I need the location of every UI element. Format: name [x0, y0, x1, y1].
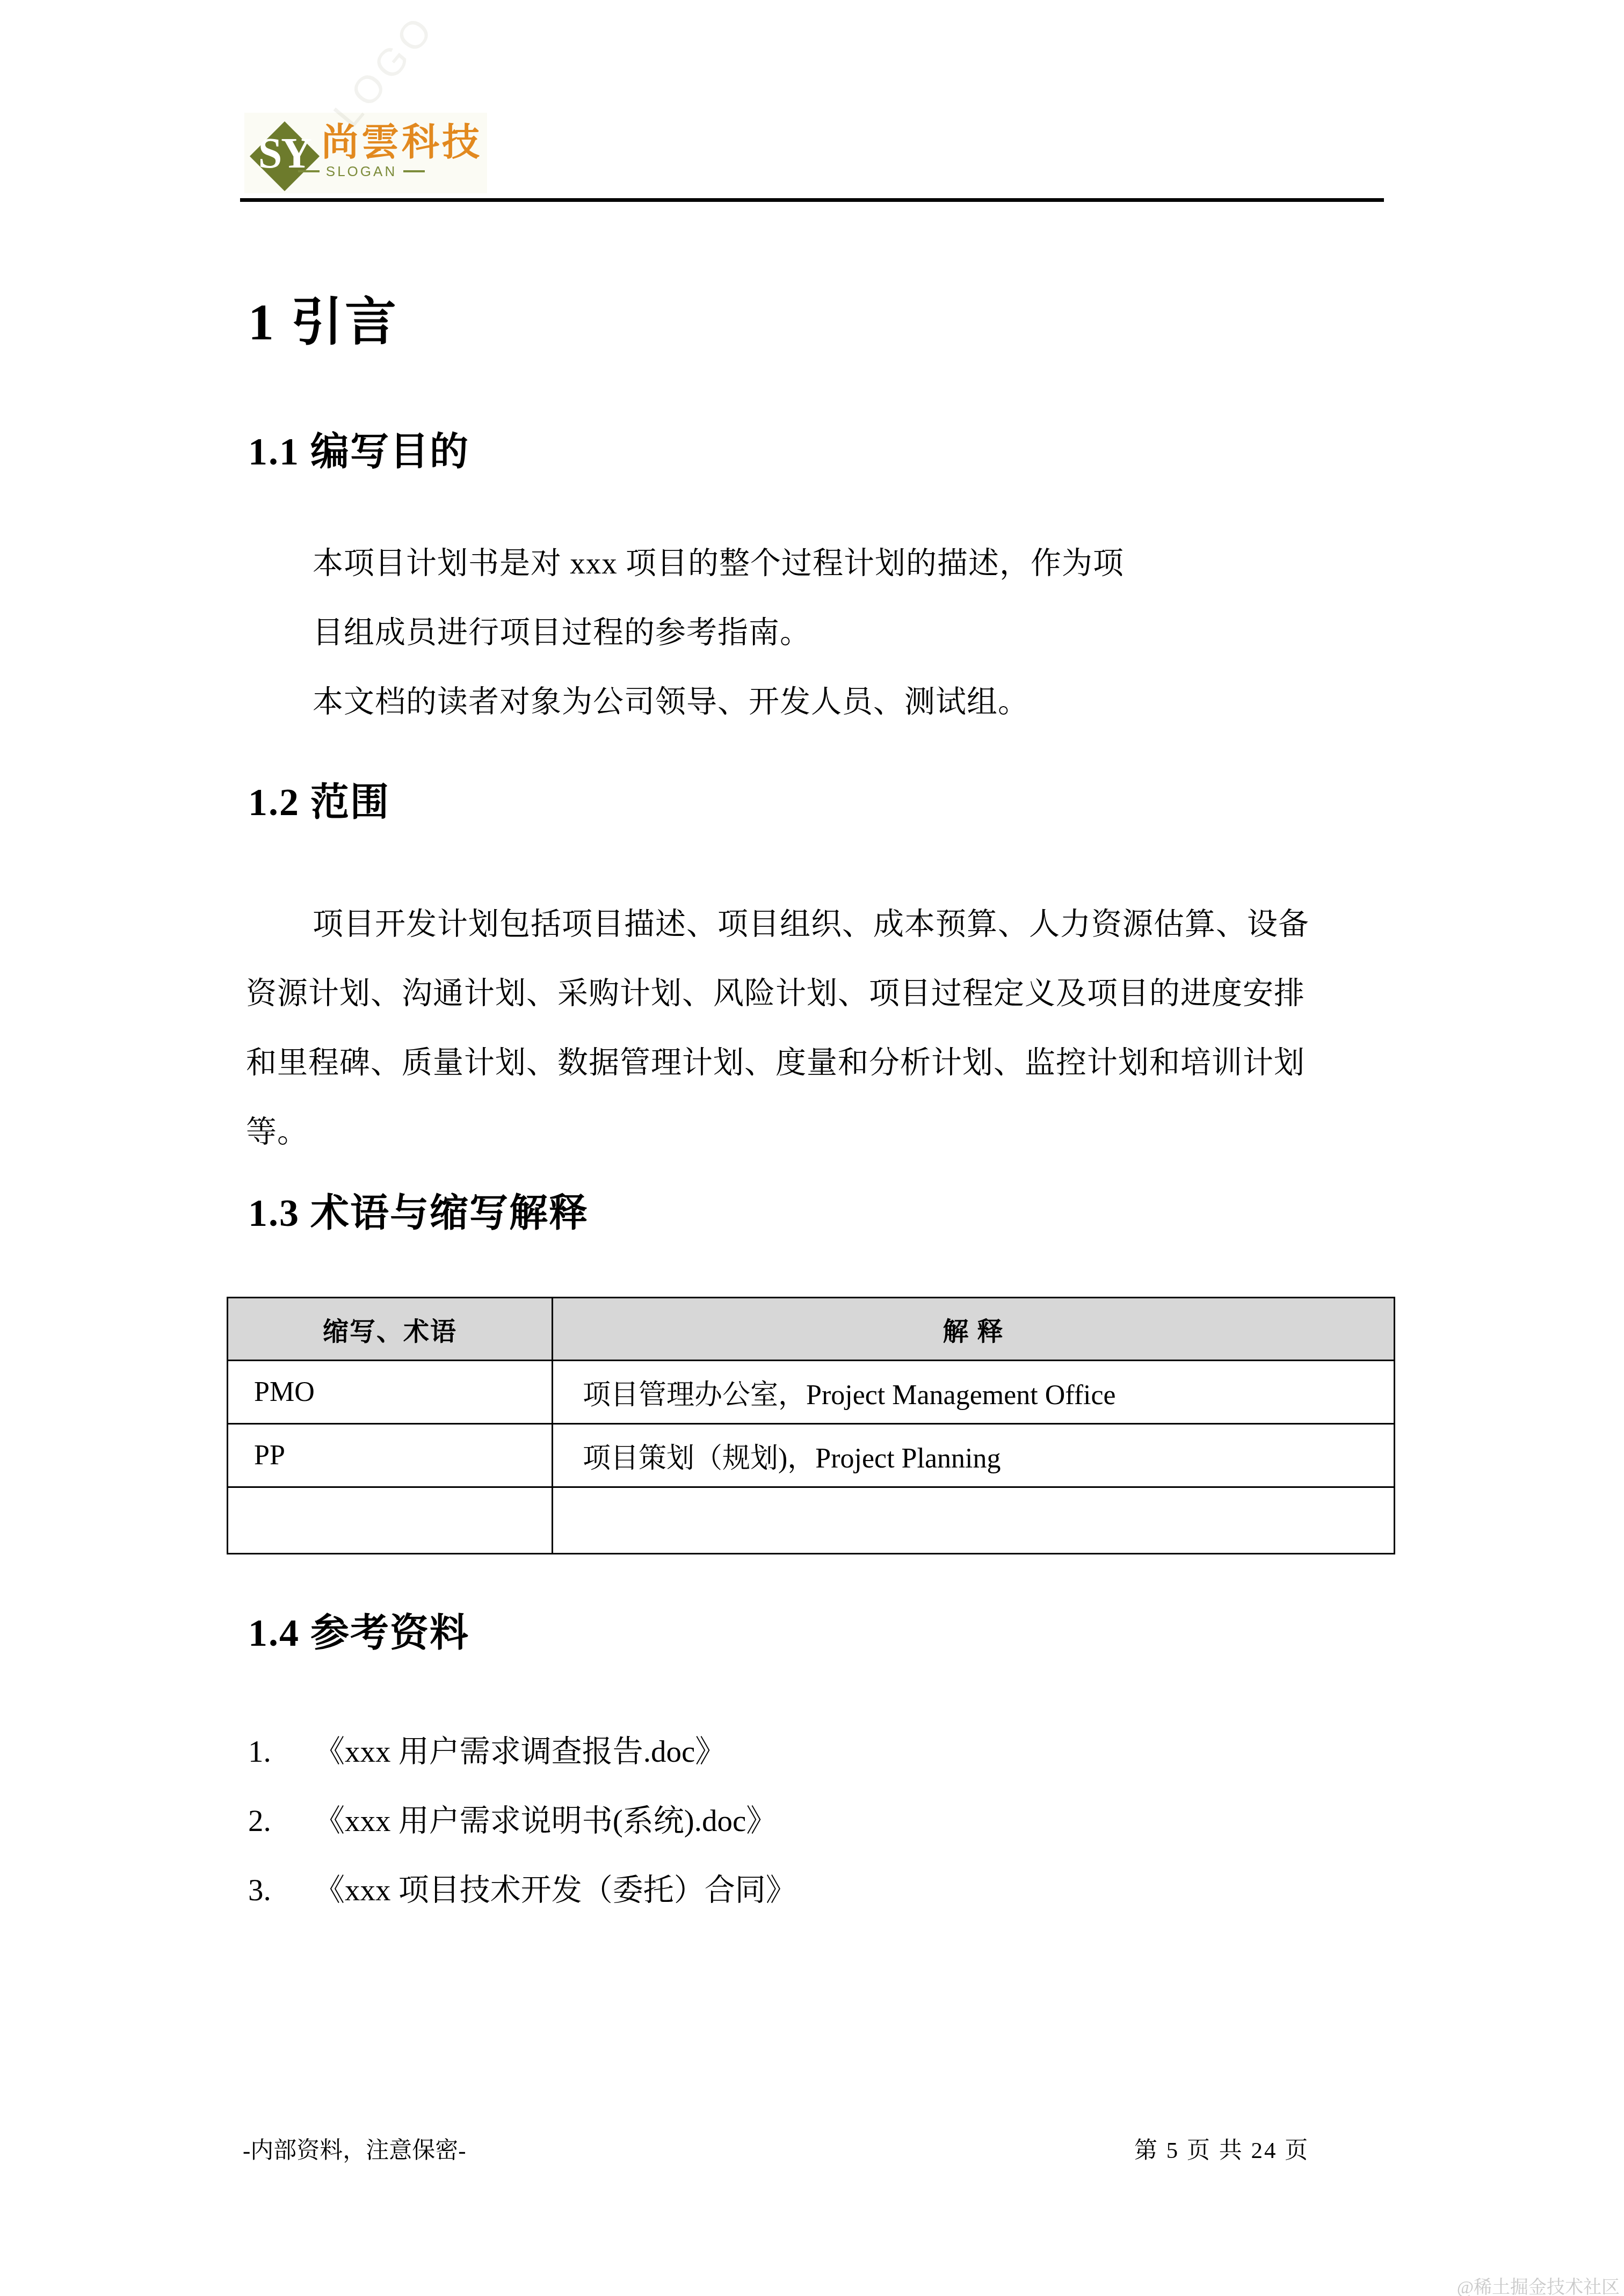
paragraph-line: 资源计划、沟通计划、采购计划、风险计划、项目过程定义及项目的进度安排	[246, 959, 1309, 1028]
definition-cell: 项目策划（规划)，Project Planning	[553, 1424, 1395, 1487]
list-item: 2.《xxx 用户需求说明书(系统).doc》	[248, 1786, 796, 1856]
logo-background-watermark: LOGO	[325, 5, 444, 136]
header-divider	[240, 198, 1384, 202]
section-1-2-paragraph: 项目开发计划包括项目描述、项目组织、成本预算、人力资源估算、设备 资源计划、沟通…	[246, 890, 1309, 1167]
paragraph-line: 目组成员进行项目过程的参考指南。	[313, 598, 1124, 667]
footer-page-number: 第 5 页 共 24 页	[1134, 2136, 1309, 2166]
table-header-definition: 解 释	[553, 1298, 1395, 1361]
terminology-table: 缩写、术语 解 释 PMO 项目管理办公室，Project Management…	[227, 1297, 1395, 1554]
paragraph-line: 项目开发计划包括项目描述、项目组织、成本预算、人力资源估算、设备	[246, 890, 1309, 959]
section-1-1-paragraph: 本项目计划书是对 xxx 项目的整个过程计划的描述，作为项 目组成员进行项目过程…	[313, 529, 1124, 737]
paragraph-line: 等。	[246, 1098, 1309, 1167]
chapter-heading: 1 引言	[248, 293, 398, 352]
company-logo: LOGO SY 尚雲科技 SLOGAN	[244, 113, 487, 193]
site-watermark: @稀土掘金技术社区	[1457, 2272, 1620, 2296]
logo-slogan: SLOGAN	[298, 164, 425, 178]
section-heading-1-1: 1.1 编写目的	[248, 430, 469, 474]
table-header-row: 缩写、术语 解 释	[228, 1298, 1395, 1361]
section-heading-1-4: 1.4 参考资料	[248, 1611, 469, 1655]
section-heading-1-3: 1.3 术语与缩写解释	[248, 1191, 589, 1236]
list-item-text: 《xxx 用户需求调查报告.doc》	[314, 1735, 726, 1769]
list-item-text: 《xxx 项目技术开发（委托）合同》	[314, 1873, 796, 1907]
slogan-left-line	[298, 170, 320, 172]
paragraph-line: 和里程碑、质量计划、数据管理计划、度量和分析计划、监控计划和培训计划	[246, 1028, 1309, 1098]
section-heading-1-2: 1.2 范围	[248, 780, 390, 825]
list-item-number: 1.	[248, 1717, 314, 1786]
list-item: 3.《xxx 项目技术开发（委托）合同》	[248, 1856, 796, 1925]
list-item-text: 《xxx 用户需求说明书(系统).doc》	[314, 1804, 777, 1838]
table-row: PMO 项目管理办公室，Project Management Office	[228, 1361, 1395, 1424]
list-item-number: 2.	[248, 1786, 314, 1856]
slogan-right-line	[403, 170, 425, 172]
term-cell: PP	[228, 1424, 553, 1487]
paragraph-line: 本文档的读者对象为公司领导、开发人员、测试组。	[313, 667, 1124, 737]
term-cell	[228, 1487, 553, 1554]
list-item: 1.《xxx 用户需求调查报告.doc》	[248, 1717, 796, 1786]
table-header-term: 缩写、术语	[228, 1298, 553, 1361]
definition-cell	[553, 1487, 1395, 1554]
table-row: PP 项目策划（规划)，Project Planning	[228, 1424, 1395, 1487]
document-page: LOGO SY 尚雲科技 SLOGAN 1 引言 1.1 编写目的 本项目计划书…	[0, 0, 1624, 2296]
footer-confidential-note: -内部资料，注意保密-	[243, 2136, 466, 2166]
table-row	[228, 1487, 1395, 1554]
definition-cell: 项目管理办公室，Project Management Office	[553, 1361, 1395, 1424]
list-item-number: 3.	[248, 1856, 314, 1925]
company-name: 尚雲科技	[321, 125, 482, 162]
reference-list: 1.《xxx 用户需求调查报告.doc》 2.《xxx 用户需求说明书(系统).…	[248, 1717, 796, 1925]
slogan-text: SLOGAN	[326, 164, 397, 178]
paragraph-line: 本项目计划书是对 xxx 项目的整个过程计划的描述，作为项	[313, 529, 1124, 598]
term-cell: PMO	[228, 1361, 553, 1424]
